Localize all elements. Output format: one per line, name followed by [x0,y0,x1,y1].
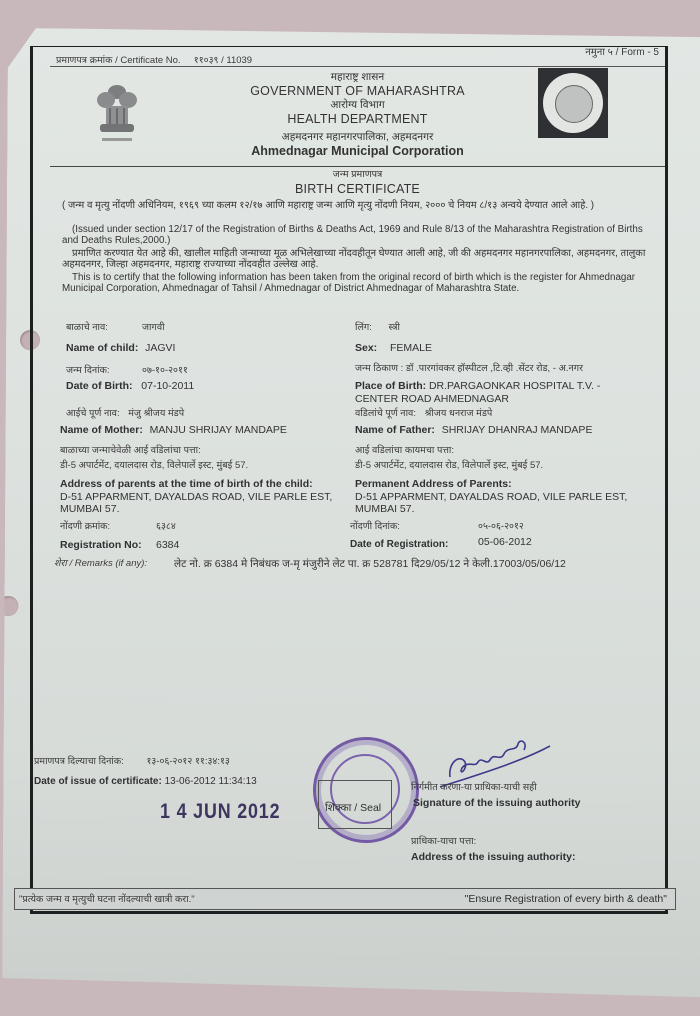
regno-mr: ६३८४ [156,521,176,533]
certify-marathi: प्रमाणित करण्यात येत आहे की, खालील माहित… [62,248,647,270]
addr-birth-value: D-51 APPARMENT, DAYALDAS ROAD, VILE PARL… [60,491,350,515]
father-mr-label: वडिलांचे पूर्ण नाव: [355,408,416,419]
seal-box: शिक्का / Seal [318,780,392,829]
child-name-value: JAGVI [145,342,175,354]
certificate-header: महाराष्ट्र शासन GOVERNMENT OF MAHARASHTR… [50,66,665,167]
regdate-label: Date of Registration: [350,539,448,550]
issue-date-label: Date of issue of certificate: [34,776,162,787]
slogan-marathi: "प्रत्येक जन्म व मृत्युची घटना नोंदल्याच… [19,892,195,905]
issue-date-mr: १३-०६-२०१२ ११:३४:१३ [146,756,229,767]
authority-addr-label: Address of the issuing authority: [411,851,576,863]
issued-under-marathi: ( जन्म व मृत्यु नोंदणी अधिनियम, १९६९ च्य… [62,200,647,211]
regno-label: Registration No: [60,539,142,551]
registration-slogan-band: "प्रत्येक जन्म व मृत्युची घटना नोंदल्याच… [14,888,676,910]
issue-date-value: 13-06-2012 11:34:13 [165,776,257,787]
regno-mr-label: नोंदणी क्रमांक: [60,521,110,532]
signature-mr: निर्गमीत करणा-या प्राधिका-याची सही [411,782,537,794]
regdate-mr: ०५-०६-२०१२ [478,521,524,533]
regdate-mr-label: नोंदणी दिनांक: [350,521,400,532]
mother-mr: मंजु श्रीजय मंडपे [128,408,184,419]
child-name-mr: जागवी [142,322,165,334]
mother-value: MANJU SHRIJAY MANDAPE [150,424,287,436]
seal-label: शिक्का / Seal [325,801,381,815]
certificate-no-value: ११०३९ / 11039 [194,55,252,66]
father-label: Name of Father: [355,424,435,436]
sex-value: FEMALE [390,342,432,354]
dob-mr-label: जन्म दिनांक: [66,365,110,376]
remarks-value: लेट नो. क्र 6384 मे निबंधक ज-मृ मंजुरीने… [174,558,566,570]
father-mr: श्रीजय धनराज मंडपे [425,408,493,419]
national-emblem-icon [92,78,142,148]
dob-value: 07-10-2011 [141,380,194,392]
received-date-stamp: 1 4 JUN 2012 [160,800,280,824]
dob-mr: ०७-१०-२०११ [142,365,188,377]
mother-label: Name of Mother: [60,424,143,436]
sex-label: Sex: [355,342,377,354]
corporation-english: Ahmednagar Municipal Corporation [50,144,665,158]
certificate-title: जन्म प्रमाणपत्र BIRTH CERTIFICATE [50,168,665,196]
regdate-value: 05-06-2012 [478,536,532,548]
issue-date-mr-label: प्रमाणपत्र दिल्याचा दिनांक: [34,756,124,767]
certificate-number-row: प्रमाणपत्र क्रमांक / Certificate No. ११०… [50,48,665,67]
pob-mr: जन्म ठिकाण : डॉ .पारगांवकर हॉस्पीटल ,टि.… [355,363,583,375]
certificate-no-label: प्रमाणपत्र क्रमांक / Certificate No. [56,55,181,66]
punch-hole [0,596,18,616]
child-name-mr-label: बाळाचे नाव: [66,322,108,333]
addr-perm-value: D-51 APPARMENT, DAYALDAS ROAD, VILE PARL… [355,491,645,515]
slogan-english: "Ensure Registration of every birth & de… [465,893,667,905]
corporation-logo-icon [538,68,608,138]
signature-label: Signature of the issuing authority [413,797,580,809]
addr-birth-label: Address of parents at the time of birth … [60,478,313,490]
remarks-label: शेरा / Remarks (if any): [54,558,147,569]
authority-addr-mr: प्राधिका-याचा पत्ता: [411,836,476,848]
addr-perm-mr-label: आई वडिलांचा कायमचा पत्ता: [355,445,454,457]
father-value: SHRIJAY DHANRAJ MANDAPE [442,424,593,436]
addr-perm-label: Permanent Address of Parents: [355,478,512,490]
addr-perm-mr: डी-5 अपार्टमेंट, दयालदास रोड, विलेपार्ले… [355,460,543,472]
certify-english: This is to certify that the following in… [62,272,647,294]
title-english: BIRTH CERTIFICATE [50,182,665,196]
addr-birth-mr-label: बाळाच्या जन्माचेवेळी आई वडिलांचा पत्ता: [60,445,201,457]
form-label: नमुना ५ / Form - 5 [585,44,659,58]
regno-value: 6384 [156,539,179,551]
mother-mr-label: आईचे पूर्ण नाव: [66,408,120,419]
sex-mr: स्त्री [389,322,400,333]
issued-under-english: (Issued under section 12/17 of the Regis… [62,224,647,246]
pob-label: Place of Birth: [355,380,426,392]
addr-birth-mr: डी-5 अपार्टमेंट, दयालदास रोड, विलेपार्ले… [60,460,248,472]
title-marathi: जन्म प्रमाणपत्र [50,168,665,182]
child-name-label: Name of child: [66,342,138,354]
dob-label: Date of Birth: [66,380,133,392]
sex-mr-label: लिंग: [355,322,372,333]
